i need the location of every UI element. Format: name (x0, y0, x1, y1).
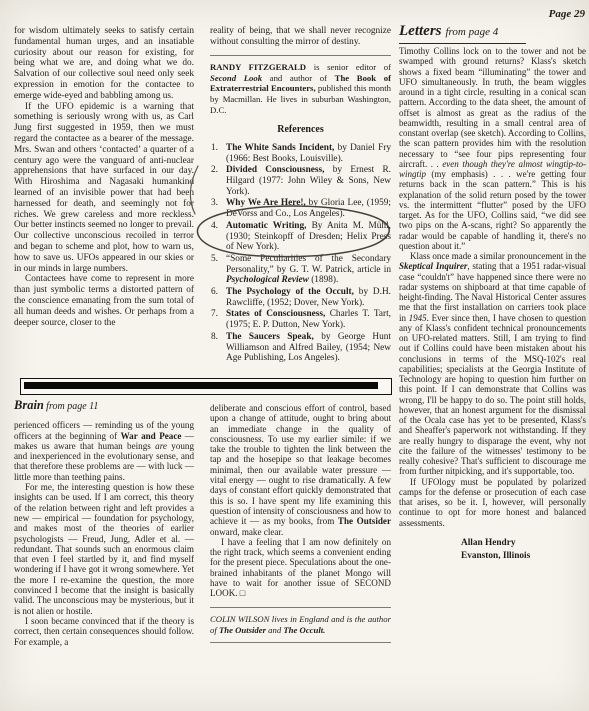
author-bio-fitzgerald: RANDY FITZGERALD is senior editor of Sec… (210, 62, 391, 117)
letters-subtitle: from page 4 (446, 26, 499, 38)
paragraph: For me, the interesting question is how … (14, 482, 194, 616)
signature-name: Allan Hendry (461, 537, 586, 550)
reference-text: “Some Peculiarities of the Secondary Per… (226, 254, 391, 285)
paragraph: perienced officers — reminding us of the… (14, 420, 194, 482)
reference-item: 6. The Psychology of the Occult, by D.H.… (210, 287, 391, 308)
letters-title: Letters (399, 23, 442, 39)
brain-heading: Brain from page 11 (14, 400, 194, 412)
letters-heading: Letters from page 4 (399, 22, 526, 44)
reference-number: 1. (211, 143, 218, 154)
letter-paragraph: Timothy Collins lock on to the tower and… (399, 46, 586, 251)
reference-item: 4. Automatic Writing, By Anita M. Mühl, … (210, 221, 391, 253)
reference-item: 8. The Saucers Speak, by George Hunt Wil… (210, 332, 391, 364)
reference-number: 8. (211, 332, 218, 343)
reference-text: The White Sands Incident, by Daniel Fry … (226, 143, 391, 164)
author-bio-wilson: COLIN WILSON lives in England and is the… (210, 614, 391, 636)
letter-signature: Allan Hendry Evanston, Illinois (461, 537, 586, 563)
paragraph: deliberate and conscious effort of contr… (210, 403, 391, 537)
paragraph: for wisdom ultimately seeks to satisfy c… (14, 26, 194, 102)
reference-number: 4. (211, 221, 218, 232)
reference-number: 7. (211, 309, 218, 320)
brain-title: Brain (14, 398, 44, 412)
reference-text: States of Consciousness, Charles T. Tart… (226, 309, 391, 330)
reference-text: Automatic Writing, By Anita M. Mühl, (19… (226, 221, 391, 252)
letter-paragraph: Klass once made a similar pronouncement … (399, 251, 586, 477)
reference-item: 2. Divided Consciousness, by Ernest R. H… (210, 165, 391, 197)
letters-column: Timothy Collins lock on to the tower and… (399, 46, 586, 563)
letter-paragraph: If UFOlogy must be populated by polarize… (399, 477, 586, 528)
bio-bottom-rule (210, 642, 391, 643)
reference-number: 5. (211, 254, 218, 265)
references-list: 1. The White Sands Incident, by Daniel F… (210, 143, 391, 364)
signature-location: Evanston, Illinois (461, 550, 586, 563)
author-bio-wilson-block: COLIN WILSON lives in England and is the… (210, 607, 391, 644)
references-heading: References (210, 125, 391, 136)
reference-text: Divided Consciousness, by Ernest R. Hilg… (226, 165, 391, 196)
bio-top-rule (210, 607, 391, 608)
paragraph: Contactees have come to represent in mor… (14, 274, 194, 328)
reference-text: Why We Are Here!, by Gloria Lee, (1959; … (226, 198, 391, 219)
brain-article-middle-column: deliberate and conscious effort of contr… (210, 403, 391, 649)
ufo-article-middle-column: reality of being, that we shall never re… (210, 26, 391, 365)
ufo-article-left-column: for wisdom ultimately seeks to satisfy c… (14, 26, 194, 328)
section-divider (20, 378, 392, 395)
magazine-page: Page 29 for wisdom ultimately seeks to s… (0, 0, 589, 711)
paragraph: I have a feeling that I am now definitel… (210, 537, 391, 599)
paragraph: reality of being, that we shall never re… (210, 26, 391, 48)
reference-item: 1. The White Sands Incident, by Daniel F… (210, 143, 391, 164)
page-number: Page 29 (503, 8, 585, 20)
reference-item: 5. “Some Peculiarities of the Secondary … (210, 254, 391, 286)
paragraph: If the UFO epidemic is a warning that so… (14, 102, 194, 275)
reference-text: The Psychology of the Occult, by D.H. Ra… (226, 287, 391, 308)
reference-number: 2. (211, 165, 218, 176)
reference-item: 7. States of Consciousness, Charles T. T… (210, 309, 391, 330)
reference-text: The Saucers Speak, by George Hunt Willia… (226, 332, 391, 363)
reference-number: 6. (211, 287, 218, 298)
reference-number: 3. (211, 198, 218, 209)
brain-article-left-column: Brain from page 11 perienced officers — … (14, 400, 194, 647)
brain-subtitle: from page 11 (46, 401, 98, 412)
divider-ink-bar (24, 382, 378, 389)
bio-divider-rule (210, 55, 391, 56)
reference-item-circled: 3. Why We Are Here!, by Gloria Lee, (195… (210, 198, 391, 219)
paragraph: I soon became convinced that if the theo… (14, 616, 194, 647)
